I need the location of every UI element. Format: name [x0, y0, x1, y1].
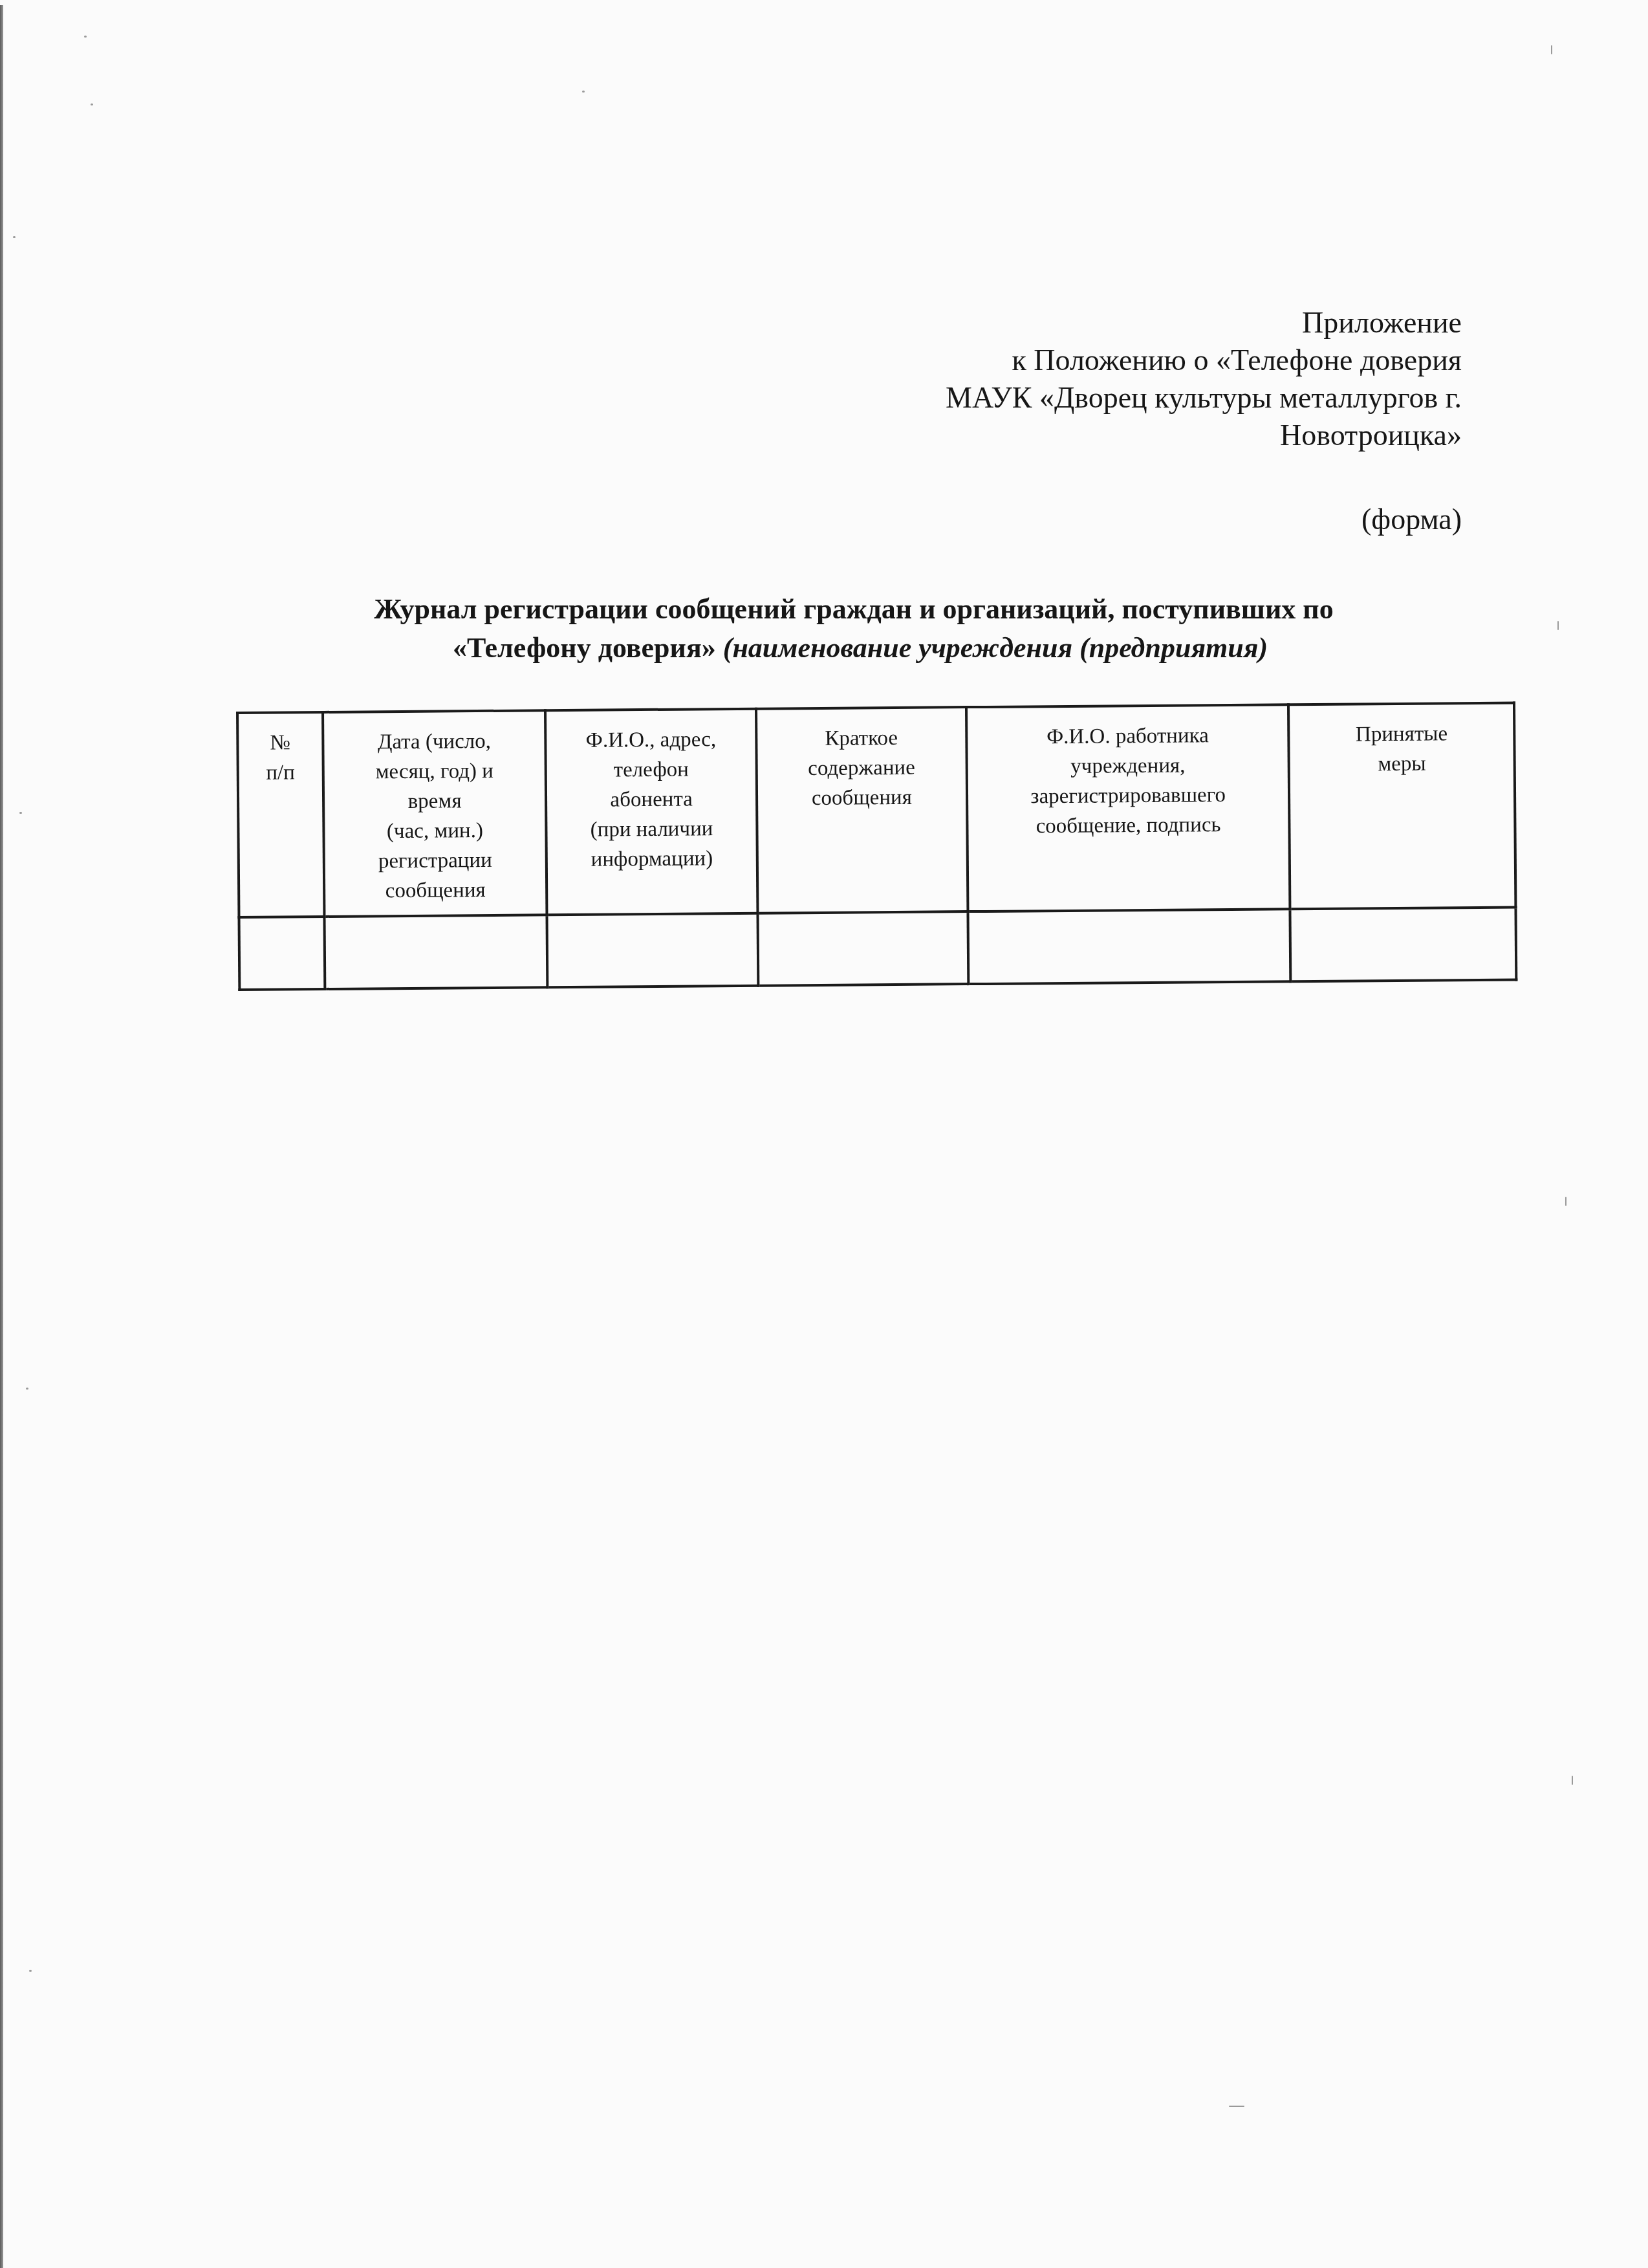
document-title: Журнал регистрации сообщений граждан и о…: [285, 590, 1423, 668]
table-header-row: № п/п Дата (число, месяц, год) и время (…: [237, 703, 1515, 917]
scan-speck: [582, 91, 585, 93]
scan-speck: [91, 104, 93, 105]
column-header-employee: Ф.И.О. работника учреждения, зарегистрир…: [966, 704, 1290, 911]
table-cell-number: [239, 917, 325, 990]
scan-border: [0, 5, 3, 2268]
journal-table: № п/п Дата (число, месяц, год) и время (…: [236, 701, 1517, 991]
table-cell-employee: [968, 909, 1291, 984]
scan-speck: [29, 1970, 32, 1972]
appendix-line: к Положению о «Телефоне доверия: [815, 342, 1462, 379]
scan-speck: [84, 36, 87, 38]
appendix-line: Приложение: [815, 304, 1462, 342]
title-institution-placeholder: (наименование учреждения (предприятия): [723, 632, 1268, 664]
title-line-2: «Телефону доверия» (наименование учрежде…: [285, 629, 1423, 668]
scan-speck: [19, 812, 22, 814]
appendix-line: МАУК «Дворец культуры металлургов г.: [815, 379, 1462, 417]
table-cell-summary: [757, 911, 968, 986]
title-line-1: Журнал регистрации сообщений граждан и о…: [285, 590, 1423, 629]
appendix-header: Приложение к Положению о «Телефоне довер…: [815, 304, 1462, 454]
scan-speck: [1557, 621, 1559, 630]
table-row: [239, 907, 1516, 990]
scan-speck: [1229, 2106, 1244, 2107]
table-cell-caller-info: [547, 913, 758, 988]
scan-speck: [26, 1388, 28, 1390]
appendix-line: Новотроицка»: [815, 417, 1462, 454]
table-cell-date-time: [324, 915, 547, 989]
column-header-date-time: Дата (число, месяц, год) и время (час, м…: [323, 710, 547, 917]
column-header-summary: Краткое содержание сообщения: [756, 707, 968, 913]
scan-speck: [13, 236, 16, 238]
column-header-measures: Принятые меры: [1288, 703, 1515, 909]
scan-speck: [1551, 45, 1552, 54]
scan-speck: [1565, 1197, 1567, 1206]
column-header-number: № п/п: [237, 712, 324, 917]
form-label: (форма): [1361, 501, 1462, 538]
column-header-caller-info: Ф.И.О., адрес, телефон абонента (при нал…: [545, 709, 757, 915]
scan-speck: [1572, 1776, 1573, 1785]
table-cell-measures: [1290, 907, 1516, 981]
title-hotline-name: «Телефону доверия»: [453, 632, 716, 664]
